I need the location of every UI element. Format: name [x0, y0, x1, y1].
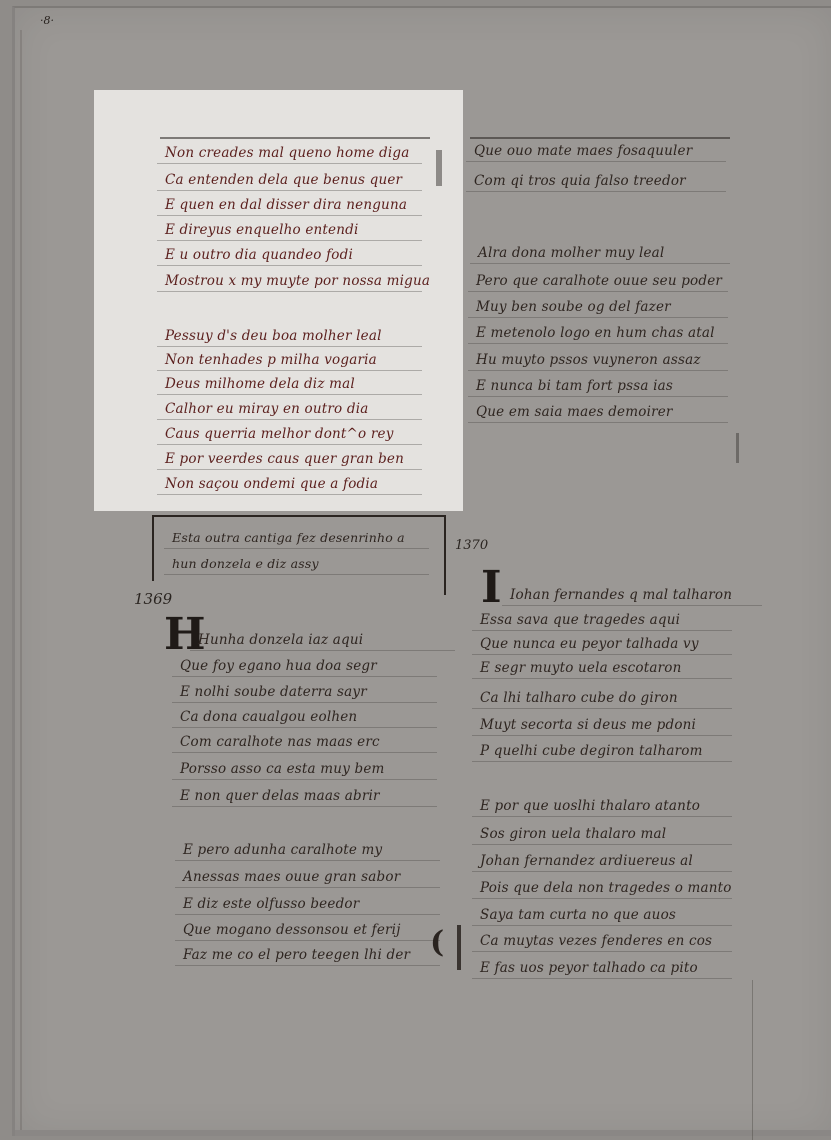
- verse-line: Hunha donzela iaz aqui: [198, 632, 363, 648]
- verse-line: Porsso asso ca esta muy bem: [180, 761, 385, 777]
- verse-line: E pero adunha caralhote my: [183, 842, 382, 858]
- poem-number-right: 1370: [455, 538, 488, 553]
- ruling-line: [157, 291, 422, 292]
- ruling-line: [157, 394, 422, 395]
- ruling-line: [157, 370, 422, 371]
- ruling-line: [190, 650, 455, 651]
- left-margin-ruling: [20, 30, 22, 1130]
- verse-line: Que ouo mate maes fosaquuler: [474, 143, 692, 159]
- verse-line: Ca entenden dela que benus quer: [165, 172, 402, 188]
- page-bottom-edge: [15, 1130, 831, 1136]
- ruling-line: [468, 291, 728, 292]
- verse-line: P quelhi cube degiron talharom: [480, 743, 703, 759]
- verse-line: Non saçou ondemi que a fodia: [165, 476, 378, 492]
- verse-line: Deus milhome dela diz mal: [165, 376, 355, 392]
- ruling-line: [172, 702, 437, 703]
- verse-line: Faz me co el pero teegen lhi der: [183, 947, 410, 963]
- verse-line: E u outro dia quandeo fodi: [165, 247, 353, 263]
- ruling-line: [502, 605, 762, 606]
- verse-line: Que nunca eu peyor talhada vy: [480, 636, 699, 652]
- margin-mark: [457, 925, 461, 970]
- verse-line: Que em saia maes demoirer: [476, 404, 673, 420]
- verse-line: Pero que caralhote ouue seu poder: [476, 273, 722, 289]
- ruling-line: [472, 844, 732, 845]
- ruling-line: [468, 343, 728, 344]
- verse-line: Calhor eu miray en outro dia: [165, 401, 368, 417]
- verse-line: Que mogano dessonsou et ferij: [183, 922, 401, 938]
- verse-line: Com caralhote nas maas erc: [180, 734, 380, 750]
- ruling-line: [472, 708, 732, 709]
- verse-line: E nunca bi tam fort pssa ias: [476, 378, 673, 394]
- ruling-line: [157, 215, 422, 216]
- verse-line: Hu muyto pssos vuyneron assaz: [476, 352, 701, 368]
- verse-line: Sos giron uela thalaro mal: [480, 826, 666, 842]
- ruling-line: [157, 469, 422, 470]
- verse-line: E quen en dal disser dira nenguna: [165, 197, 407, 213]
- ruling-line: [468, 370, 728, 371]
- margin-mark: [436, 150, 442, 186]
- verse-line: Muy ben soube og del fazer: [476, 299, 671, 315]
- verse-line: E metenolo logo en hum chas atal: [476, 325, 715, 341]
- ruling-line: [157, 163, 422, 164]
- verse-line: E por veerdes caus quer gran ben: [165, 451, 404, 467]
- ruling-line: [472, 898, 732, 899]
- verse-line: Pois que dela non tragedes o manto: [480, 880, 732, 896]
- verse-line: Ca muytas vezes fenderes en cos: [480, 933, 712, 949]
- ruling-line: [172, 752, 437, 753]
- ruling-line: [175, 940, 440, 941]
- rubric-line: hun donzela e diz assy: [172, 556, 319, 571]
- ruling-line: [468, 396, 728, 397]
- verse-line: Pessuy d's deu boa molher leal: [165, 328, 382, 344]
- ruling-line: [466, 191, 726, 192]
- decorated-initial-i: I: [481, 566, 502, 610]
- ruling-line: [472, 871, 732, 872]
- verse-line: Alra dona molher muy leal: [478, 245, 664, 261]
- ruling-line: [472, 978, 732, 979]
- verse-line: E non quer delas maas abrir: [180, 788, 380, 804]
- verse-line: Non tenhades p milha vogaria: [165, 352, 377, 368]
- verse-line: Com qi tros quia falso treedor: [474, 173, 686, 189]
- ruling-line: [157, 346, 422, 347]
- ruling-line: [472, 951, 732, 952]
- ruling-line: [468, 422, 728, 423]
- ruling-line: [472, 630, 732, 631]
- verse-line: Caus querria melhor dont^o rey: [165, 426, 394, 442]
- ruling-line: [472, 654, 732, 655]
- ruling-line: [157, 444, 422, 445]
- ruling-line: [157, 240, 422, 241]
- margin-mark: [736, 433, 739, 463]
- ruling-line: [175, 965, 440, 966]
- verse-line: Ca lhi talharo cube do giron: [480, 690, 678, 706]
- verse-line: E diz este olfusso beedor: [183, 896, 359, 912]
- ruling-line: [157, 419, 422, 420]
- verse-line: E fas uos peyor talhado ca pito: [480, 960, 698, 976]
- verse-line: Anessas maes ouue gran sabor: [183, 869, 400, 885]
- ruling-line: [472, 735, 732, 736]
- paraph-mark: (: [430, 925, 444, 960]
- ruling-line: [472, 678, 732, 679]
- verse-line: E segr muyto uela escotaron: [480, 660, 682, 676]
- verse-line: Non creades mal queno home diga: [165, 145, 409, 161]
- ruling-line: [466, 161, 726, 162]
- verse-line: Johan fernandez ardiuereus al: [480, 853, 693, 869]
- top-left-mark: ·8·: [40, 14, 54, 27]
- ruling-line: [157, 494, 422, 495]
- verse-line: Essa sava que tragedes aqui: [480, 612, 680, 628]
- vertical-ruling: [752, 980, 753, 1140]
- top-ruling-line: [470, 137, 730, 139]
- ruling-line: [472, 816, 732, 817]
- ruling-line: [172, 727, 437, 728]
- verse-line: Que foy egano hua doa segr: [180, 658, 377, 674]
- verse-line: E nolhi soube daterra sayr: [180, 684, 367, 700]
- verse-line: E por que uoslhi thalaro atanto: [480, 798, 700, 814]
- ruling-line: [472, 925, 732, 926]
- verse-line: E direyus enquelho entendi: [165, 222, 358, 238]
- ruling-line: [172, 779, 437, 780]
- verse-line: Muyt secorta si deus me pdoni: [480, 717, 696, 733]
- verse-line: Ca dona caualgou eolhen: [180, 709, 357, 725]
- ruling-line: [157, 190, 422, 191]
- ruling-line: [175, 860, 440, 861]
- verse-line: Iohan fernandes q mal talharon: [510, 587, 732, 603]
- verse-line: Mostrou x my muyte por nossa migua: [165, 273, 430, 289]
- ruling-line: [472, 761, 732, 762]
- ruling-line: [470, 263, 730, 264]
- ruling-line: [175, 887, 440, 888]
- rubric-line: Esta outra cantiga fez desenrinho a: [172, 530, 405, 545]
- top-ruling-line: [160, 137, 430, 139]
- verse-line: Saya tam curta no que auos: [480, 907, 676, 923]
- ruling-line: [172, 806, 437, 807]
- ruling-line: [468, 317, 728, 318]
- ruling-line: [175, 914, 440, 915]
- rubric-box: [152, 515, 446, 581]
- ruling-line: [157, 265, 422, 266]
- ruling-line: [172, 676, 437, 677]
- poem-number-left: 1369: [134, 590, 172, 608]
